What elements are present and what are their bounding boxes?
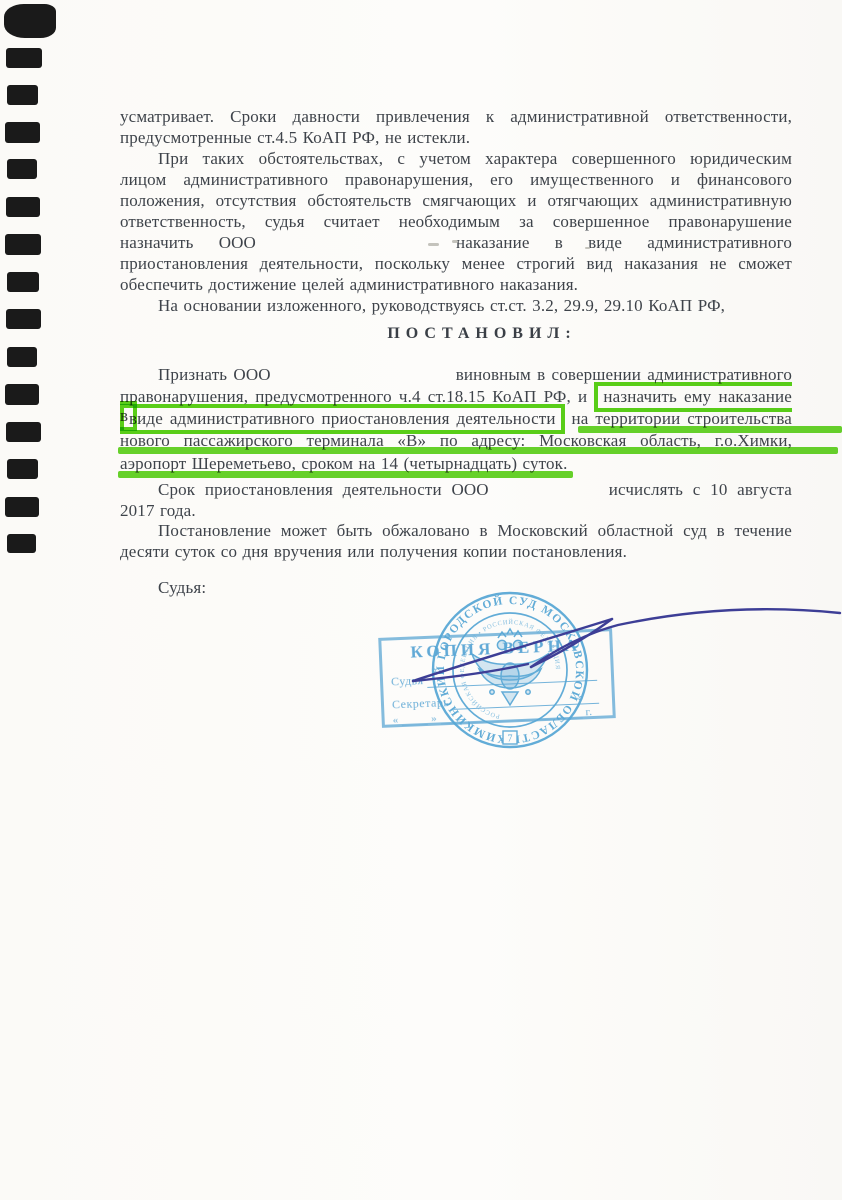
- text-segment: положения, отсутствия обстоятельств смяг…: [120, 191, 792, 210]
- scan-edge-mark: [7, 459, 38, 479]
- redaction-gap: [271, 378, 456, 380]
- text-line: 2017 года.: [120, 501, 792, 520]
- double-eagle-emblem: [472, 629, 548, 705]
- text-segment: приостановления деятельности, поскольку …: [120, 254, 792, 273]
- text-segment: Признать ООО: [158, 365, 271, 384]
- text-segment: обеспечить достижение целей администрати…: [120, 275, 578, 294]
- residue-speck: [585, 247, 590, 249]
- green-underline-bar: [118, 447, 838, 454]
- text-segment: Срок приостановления деятельности ООО: [158, 480, 489, 499]
- stamp-quote-open: «: [392, 714, 398, 726]
- scanned-court-document-page: усматривает. Сроки давности привлечения …: [0, 0, 842, 1200]
- green-highlight-box: виде административного приостановления д…: [120, 404, 565, 434]
- text-segment: назначить ООО: [120, 233, 256, 252]
- scan-edge-mark: [5, 122, 40, 143]
- text-segment: усматривает. Сроки давности привлечения …: [120, 107, 792, 126]
- green-underline-bar: [118, 471, 573, 478]
- residue-speck: [428, 243, 439, 246]
- redaction-gap: [256, 246, 456, 248]
- text-segment: На основании изложенного, руководствуясь…: [158, 296, 725, 315]
- scan-edge-mark: [5, 234, 41, 255]
- text-segment: При таких обстоятельствах, с учетом хара…: [158, 149, 792, 168]
- text-segment: Постановление может быть обжаловано в Мо…: [158, 521, 792, 540]
- scan-edge-mark: [7, 272, 39, 292]
- text-segment: десяти суток со дня вручения или получен…: [120, 542, 627, 561]
- scan-edge-mark: [5, 497, 39, 517]
- scan-edge-mark: [7, 347, 37, 367]
- green-underline-bar: [578, 426, 842, 433]
- text-line: десяти суток со дня вручения или получен…: [120, 542, 792, 561]
- decision-heading: ПОСТАНОВИЛ:: [120, 325, 842, 343]
- scan-edge-mark: [7, 85, 38, 105]
- seal-center-number: 7: [508, 734, 513, 745]
- text-line: Срок приостановления деятельности ОООисч…: [120, 480, 792, 499]
- stamp-judge-label: Судья: [391, 673, 424, 688]
- text-line: усматривает. Сроки давности привлечения …: [120, 107, 792, 126]
- text-line: обеспечить достижение целей администрати…: [120, 275, 792, 294]
- scan-edge-mark: [5, 384, 39, 405]
- text-line: На основании изложенного, руководствуясь…: [120, 296, 792, 315]
- text-line: Постановление может быть обжаловано в Мо…: [120, 521, 792, 540]
- text-segment: Судья:: [158, 578, 206, 597]
- text-line: приостановления деятельности, поскольку …: [120, 254, 792, 273]
- text-segment: 2017 года.: [120, 501, 196, 520]
- text-segment: лицом административного правонарушения, …: [120, 170, 792, 189]
- text-line: При таких обстоятельствах, с учетом хара…: [120, 149, 792, 168]
- text-segment: наказание в виде административного: [456, 233, 792, 252]
- scan-edge-mark: [7, 159, 37, 179]
- text-line: предусмотренные ст.4.5 КоАП РФ, не истек…: [120, 128, 792, 147]
- redaction-gap: [489, 493, 609, 495]
- scan-edge-mark: [6, 197, 40, 217]
- residue-speck: [452, 240, 458, 243]
- scan-edge-mark: [6, 309, 41, 329]
- text-segment: исчислять с 10 августа: [609, 480, 792, 499]
- scan-edge-mark: [6, 48, 42, 68]
- scan-edge-mark: [6, 422, 41, 442]
- court-round-seal: ХИМКИНСКИЙ ГОРОДСКОЙ СУД МОСКОВСКОЙ ОБЛА…: [424, 584, 596, 756]
- text-segment: ответственность, судья считает необходим…: [120, 212, 792, 231]
- text-line: положения, отсутствия обстоятельств смяг…: [120, 191, 792, 210]
- scan-edge-mark: [7, 534, 36, 553]
- scan-edge-mark: [4, 4, 56, 38]
- seal-number-box: 7: [503, 731, 517, 745]
- text-line: лицом административного правонарушения, …: [120, 170, 792, 189]
- text-line: ответственность, судья считает необходим…: [120, 212, 792, 231]
- text-segment: предусмотренные ст.4.5 КоАП РФ, не истек…: [120, 128, 470, 147]
